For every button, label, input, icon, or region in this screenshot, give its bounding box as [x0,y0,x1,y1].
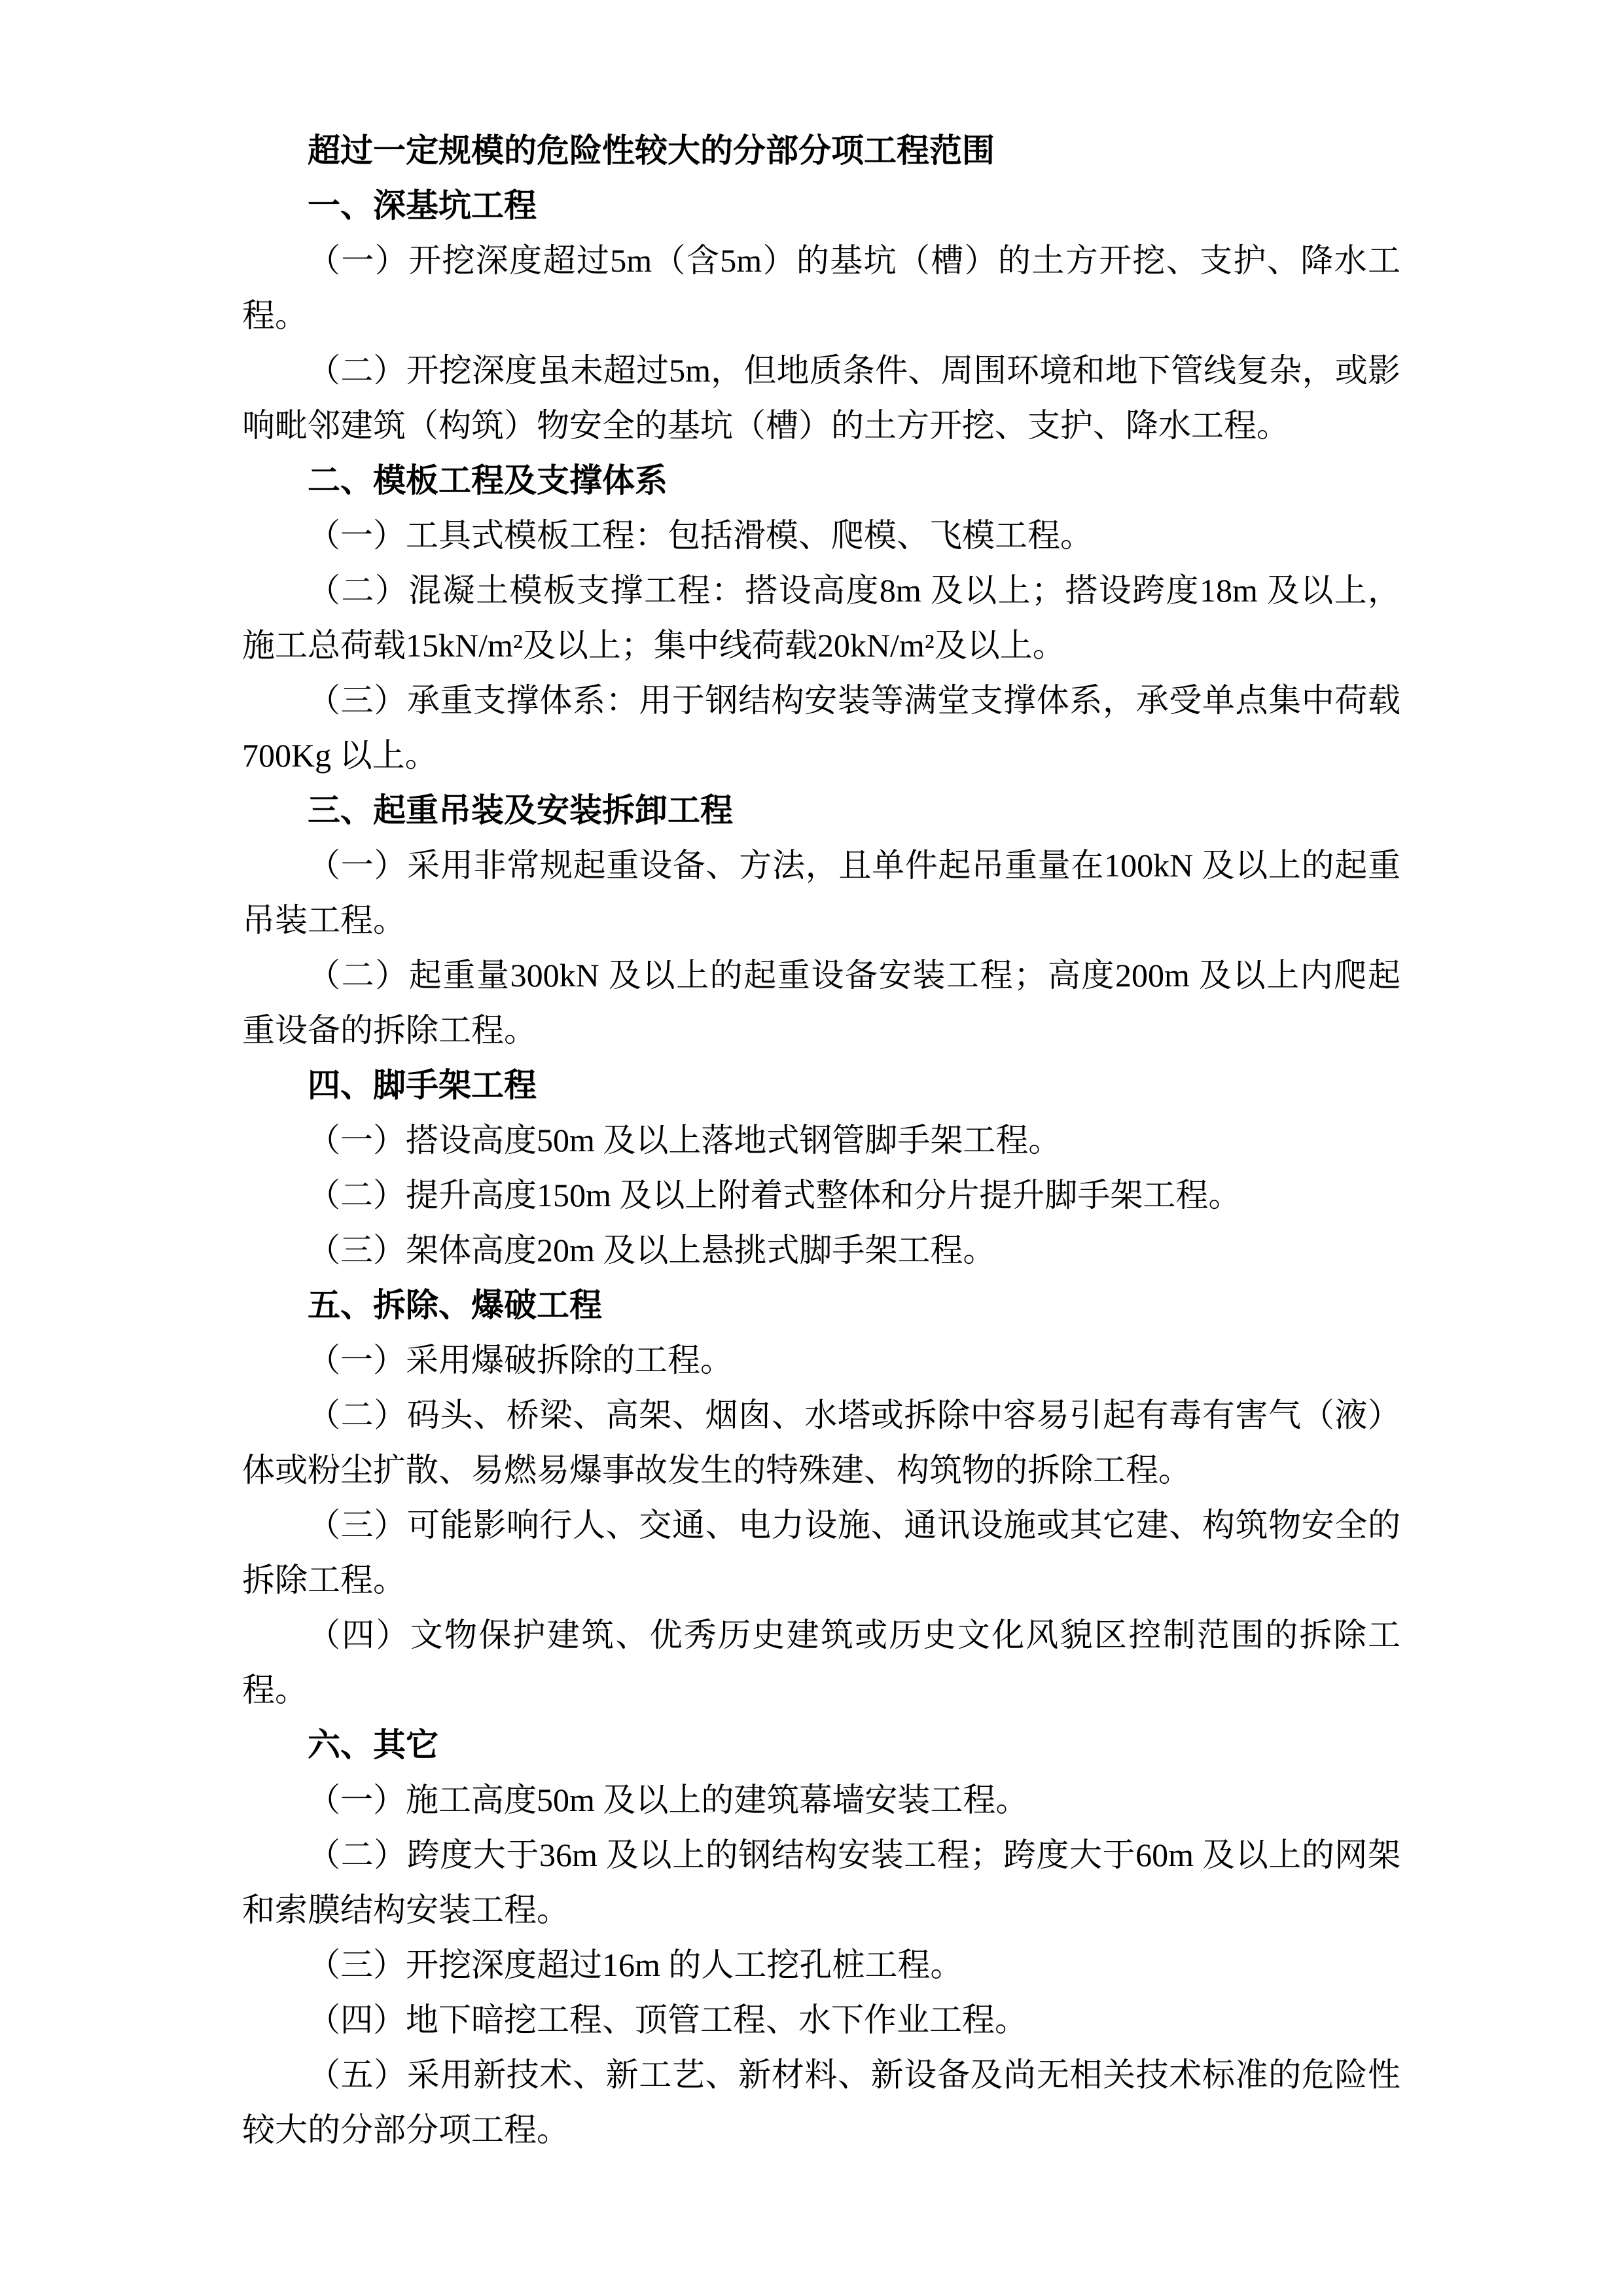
paragraph: （一）搭设高度50m 及以上落地式钢管脚手架工程。 [242,1113,1400,1168]
paragraph: （三）承重支撑体系：用于钢结构安装等满堂支撑体系，承受单点集中荷载700Kg 以… [242,673,1400,783]
paragraph: （一）采用爆破拆除的工程。 [242,1333,1400,1388]
paragraph: （五）采用新技术、新工艺、新材料、新设备及尚无相关技术标准的危险性较大的分部分项… [242,2047,1400,2157]
section-heading: 一、深基坑工程 [242,178,1400,233]
document-page: 超过一定规模的危险性较大的分部分项工程范围 一、深基坑工程（一）开挖深度超过5m… [0,0,1623,2296]
paragraph: （二）提升高度150m 及以上附着式整体和分片提升脚手架工程。 [242,1168,1400,1223]
document-content: 超过一定规模的危险性较大的分部分项工程范围 一、深基坑工程（一）开挖深度超过5m… [0,0,1623,2157]
paragraph: （一）开挖深度超过5m（含5m）的基坑（槽）的土方开挖、支护、降水工程。 [242,233,1400,343]
paragraph: （三）架体高度20m 及以上悬挑式脚手架工程。 [242,1223,1400,1278]
section-heading: 五、拆除、爆破工程 [242,1278,1400,1333]
section-heading: 四、脚手架工程 [242,1058,1400,1113]
paragraph: （一）施工高度50m 及以上的建筑幕墙安装工程。 [242,1772,1400,1827]
paragraph: （三）可能影响行人、交通、电力设施、通讯设施或其它建、构筑物安全的拆除工程。 [242,1498,1400,1607]
paragraph: （一）工具式模板工程：包括滑模、爬模、飞模工程。 [242,508,1400,563]
section-heading: 六、其它 [242,1717,1400,1772]
paragraph: （一）采用非常规起重设备、方法，且单件起吊重量在100kN 及以上的起重吊装工程… [242,838,1400,948]
paragraph: （二）码头、桥梁、高架、烟囱、水塔或拆除中容易引起有毒有害气（液）体或粉尘扩散、… [242,1388,1400,1498]
paragraph: （四）文物保护建筑、优秀历史建筑或历史文化风貌区控制范围的拆除工程。 [242,1607,1400,1717]
paragraph: （二）跨度大于36m 及以上的钢结构安装工程；跨度大于60m 及以上的网架和索膜… [242,1827,1400,1937]
paragraph: （二）开挖深度虽未超过5m，但地质条件、周围环境和地下管线复杂，或影响毗邻建筑（… [242,343,1400,453]
section-heading: 三、起重吊装及安装拆卸工程 [242,783,1400,838]
sections: 一、深基坑工程（一）开挖深度超过5m（含5m）的基坑（槽）的土方开挖、支护、降水… [242,178,1400,2157]
section-heading: 二、模板工程及支撑体系 [242,453,1400,508]
doc-title: 超过一定规模的危险性较大的分部分项工程范围 [242,123,1400,178]
paragraph: （二）起重量300kN 及以上的起重设备安装工程；高度200m 及以上内爬起重设… [242,948,1400,1058]
paragraph: （四）地下暗挖工程、顶管工程、水下作业工程。 [242,1992,1400,2047]
paragraph: （三）开挖深度超过16m 的人工挖孔桩工程。 [242,1937,1400,1992]
paragraph: （二）混凝土模板支撑工程：搭设高度8m 及以上；搭设跨度18m 及以上，施工总荷… [242,563,1400,673]
